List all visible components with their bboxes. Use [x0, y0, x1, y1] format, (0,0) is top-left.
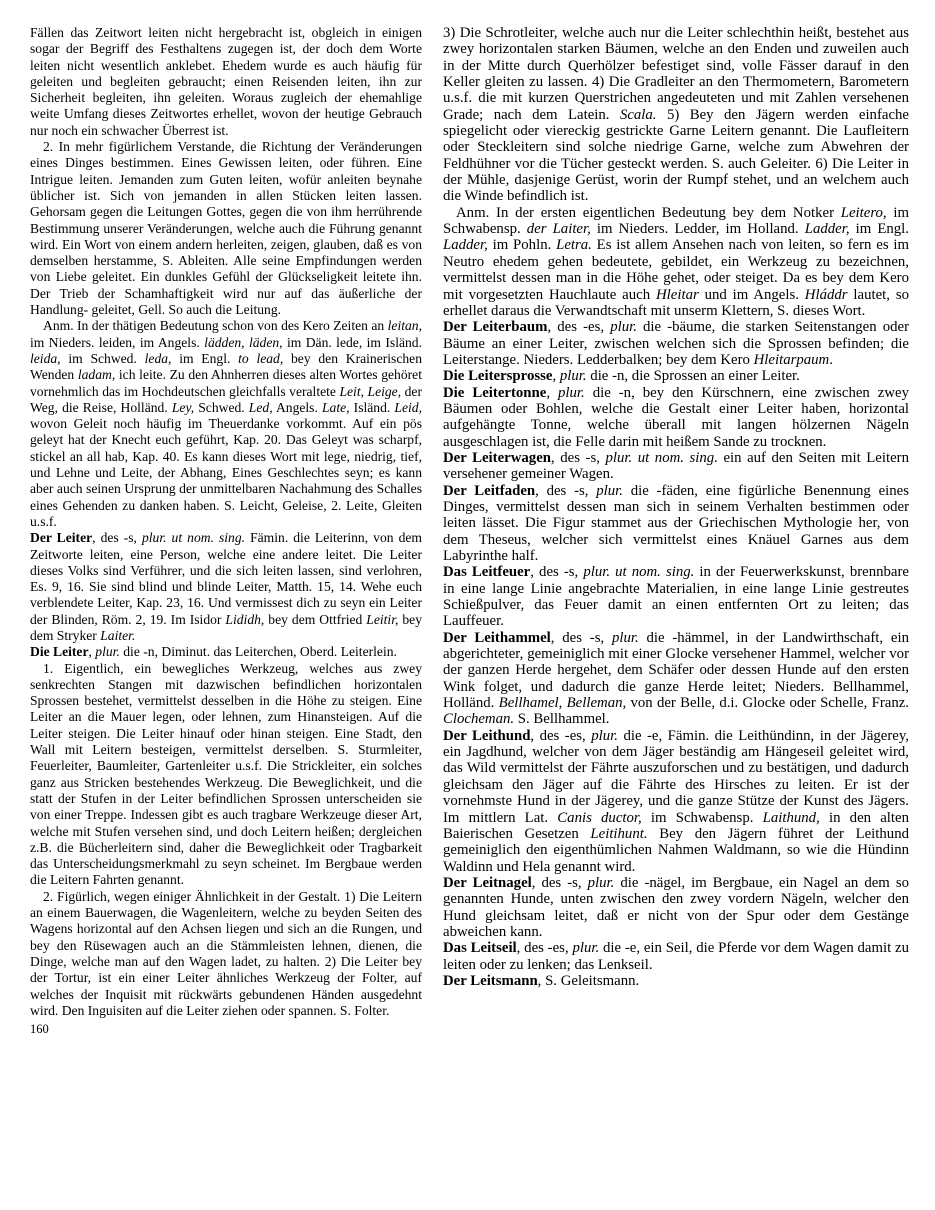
italic-text-run: plur.: [591, 728, 618, 744]
italic-text-run: plur.: [558, 385, 585, 401]
italic-text-run: Leitihunt.: [590, 826, 647, 842]
text-run: 2. Figürlich, wegen einiger Ähnlichkeit …: [30, 889, 422, 1018]
text-run: , des -es,: [517, 940, 573, 956]
text-run: von der Belle, d.i. Glocke oder Schelle,…: [626, 695, 909, 711]
italic-text-run: Hláddr: [805, 287, 848, 303]
italic-text-run: Ladder,: [805, 221, 850, 237]
text-run: im Schwed.: [61, 351, 145, 366]
text-run: Isländ.: [350, 400, 395, 415]
text-run: , des -s,: [92, 530, 142, 545]
headword: Der Leiterwagen: [443, 450, 551, 466]
italic-text-run: ladam,: [78, 367, 115, 382]
italic-text-run: Ladder,: [443, 237, 488, 253]
entry-leitfaden: Der Leitfaden, des -s, plur. die -fäden,…: [443, 483, 909, 565]
text-run: Anm. In der thätigen Bedeutung schon von…: [43, 318, 388, 333]
headword: Die Leitertonne: [443, 385, 546, 401]
text-run: im Schwabensp.: [642, 810, 763, 826]
text-run: , des -s,: [532, 875, 588, 891]
two-column-layout: Fällen das Zeitwort leiten nicht hergebr…: [30, 25, 935, 1019]
paragraph-sense-2-leiter: 2. Figürlich, wegen einiger Ähnlichkeit …: [30, 889, 422, 1019]
headword: Der Leiter: [30, 530, 92, 545]
entry-leithammel: Der Leithammel, des -s, plur. die -hämme…: [443, 630, 909, 728]
text-run: ,: [552, 368, 559, 384]
italic-text-run: Bellhamel, Belleman,: [499, 695, 627, 711]
italic-text-run: Canis ductor,: [557, 810, 641, 826]
italic-text-run: plur.: [95, 644, 120, 659]
italic-text-run: plur.: [588, 875, 615, 891]
entry-die-leiter: Die Leiter, plur. die -n, Diminut. das L…: [30, 644, 422, 660]
text-run: , des -s,: [530, 564, 583, 580]
italic-text-run: lädden, läden,: [204, 335, 282, 350]
entry-der-leiter: Der Leiter, des -s, plur. ut nom. sing. …: [30, 530, 422, 644]
italic-text-run: Hleitarpaum: [754, 352, 830, 368]
italic-text-run: to lead,: [238, 351, 283, 366]
italic-text-run: der Laiter,: [527, 221, 591, 237]
entry-leithund: Der Leithund, des -es, plur. die -e, Fäm…: [443, 728, 909, 875]
text-run: 1. Eigentlich, ein bewegliches Werkzeug,…: [30, 661, 422, 888]
text-run: , S. Geleitsmann.: [538, 973, 640, 989]
italic-text-run: Laiter.: [100, 628, 135, 643]
text-run: im Nieders. Ledder, im Holland.: [591, 221, 805, 237]
italic-text-run: leida,: [30, 351, 61, 366]
paragraph-continuation-leiten: Fällen das Zeitwort leiten nicht hergebr…: [30, 25, 422, 139]
entry-leitertonne: Die Leitertonne, plur. die -n, bey den K…: [443, 385, 909, 450]
text-run: die -n, die Sprossen an einer Leiter.: [587, 368, 800, 384]
page-number: 160: [30, 1022, 935, 1036]
text-run: Schwed.: [194, 400, 249, 415]
italic-text-run: leitan,: [388, 318, 422, 333]
entry-leitersprosse: Die Leitersprosse, plur. die -n, die Spr…: [443, 368, 909, 384]
text-run: Fällen das Zeitwort leiten nicht hergebr…: [30, 25, 422, 138]
italic-text-run: plur. ut nom. sing.: [583, 564, 694, 580]
italic-text-run: plur. ut nom. sing.: [605, 450, 717, 466]
paragraph-anmerkung-leiter: Anm. In der ersten eigentlichen Bedeutun…: [443, 205, 909, 319]
text-run: im Engl.: [171, 351, 238, 366]
text-run: im Nieders. leiden, im Angels.: [30, 335, 204, 350]
entry-leitfeuer: Das Leitfeuer, des -s, plur. ut nom. sin…: [443, 564, 909, 629]
italic-text-run: Leid,: [394, 400, 422, 415]
headword: Der Leithammel: [443, 630, 551, 646]
italic-text-run: Letra.: [556, 237, 592, 253]
headword: Der Leiterbaum: [443, 319, 547, 335]
column-right: 3) Die Schrotleiter, welche auch nur die…: [443, 25, 909, 989]
text-run: im Engl.: [850, 221, 909, 237]
italic-text-run: Lididh,: [225, 612, 264, 627]
text-run: Anm. In der ersten eigentlichen Bedeutun…: [456, 205, 841, 221]
headword: Das Leitseil: [443, 940, 517, 956]
text-run: die -n, Diminut. das Leiterchen, Oberd. …: [120, 644, 397, 659]
italic-text-run: Led,: [249, 400, 273, 415]
italic-text-run: Scala.: [620, 107, 657, 123]
paragraph-senses-3-to-6-leiter: 3) Die Schrotleiter, welche auch nur die…: [443, 25, 909, 205]
italic-text-run: plur.: [610, 319, 637, 335]
italic-text-run: Laithund,: [763, 810, 820, 826]
headword: Das Leitfeuer: [443, 564, 530, 580]
text-run: ,: [546, 385, 558, 401]
entry-leiterwagen: Der Leiterwagen, des -s, plur. ut nom. s…: [443, 450, 909, 483]
text-run: wovon Geleit noch häufig im Theuerdanke …: [30, 416, 422, 529]
headword: Der Leitsmann: [443, 973, 538, 989]
text-run: , des -s,: [551, 630, 612, 646]
italic-text-run: Leit, Leige,: [339, 384, 401, 399]
text-run: , des -s,: [551, 450, 605, 466]
paragraph-sense-2-leiten: 2. In mehr figürlichem Verstande, die Ri…: [30, 139, 422, 318]
headword: Die Leitersprosse: [443, 368, 552, 384]
column-left: Fällen das Zeitwort leiten nicht hergebr…: [30, 25, 422, 1019]
italic-text-run: Clocheman.: [443, 711, 514, 727]
italic-text-run: plur.: [612, 630, 639, 646]
italic-text-run: plur.: [572, 940, 599, 956]
entry-leiterbaum: Der Leiterbaum, des -es, plur. die -bäum…: [443, 319, 909, 368]
text-run: S. Bellhammel.: [514, 711, 609, 727]
entry-leitsmann: Der Leitsmann, S. Geleitsmann.: [443, 973, 909, 989]
text-run: Angels.: [273, 400, 322, 415]
italic-text-run: leda,: [145, 351, 172, 366]
headword: Der Leithund: [443, 728, 530, 744]
text-run: 2. In mehr figürlichem Verstande, die Ri…: [30, 139, 422, 317]
text-run: im Dän. lede, im Isländ.: [283, 335, 422, 350]
text-run: im Pohln.: [488, 237, 556, 253]
text-run: bey dem Ottfried: [264, 612, 366, 627]
entry-leitseil: Das Leitseil, des -es, plur. die -e, ein…: [443, 940, 909, 973]
italic-text-run: Leitir,: [366, 612, 398, 627]
italic-text-run: Hleitar: [656, 287, 699, 303]
paragraph-anmerkung-leiten: Anm. In der thätigen Bedeutung schon von…: [30, 318, 422, 530]
italic-text-run: plur.: [560, 368, 587, 384]
text-run: , des -s,: [535, 483, 596, 499]
italic-text-run: plur.: [596, 483, 623, 499]
headword: Der Leitfaden: [443, 483, 535, 499]
headword: Der Leitnagel: [443, 875, 532, 891]
italic-text-run: plur. ut nom. sing.: [142, 530, 245, 545]
paragraph-sense-1-leiter: 1. Eigentlich, ein bewegliches Werkzeug,…: [30, 661, 422, 889]
italic-text-run: Ley,: [172, 400, 194, 415]
text-run: und im Angels.: [699, 287, 805, 303]
entry-leitnagel: Der Leitnagel, des -s, plur. die -nägel,…: [443, 875, 909, 940]
text-run: , des -es,: [530, 728, 591, 744]
headword: Die Leiter: [30, 644, 89, 659]
text-run: , des -es,: [547, 319, 610, 335]
italic-text-run: Late,: [322, 400, 350, 415]
text-run: .: [829, 352, 833, 368]
dictionary-page: Fällen das Zeitwort leiten nicht hergebr…: [0, 0, 935, 1210]
italic-text-run: Leitero,: [841, 205, 887, 221]
